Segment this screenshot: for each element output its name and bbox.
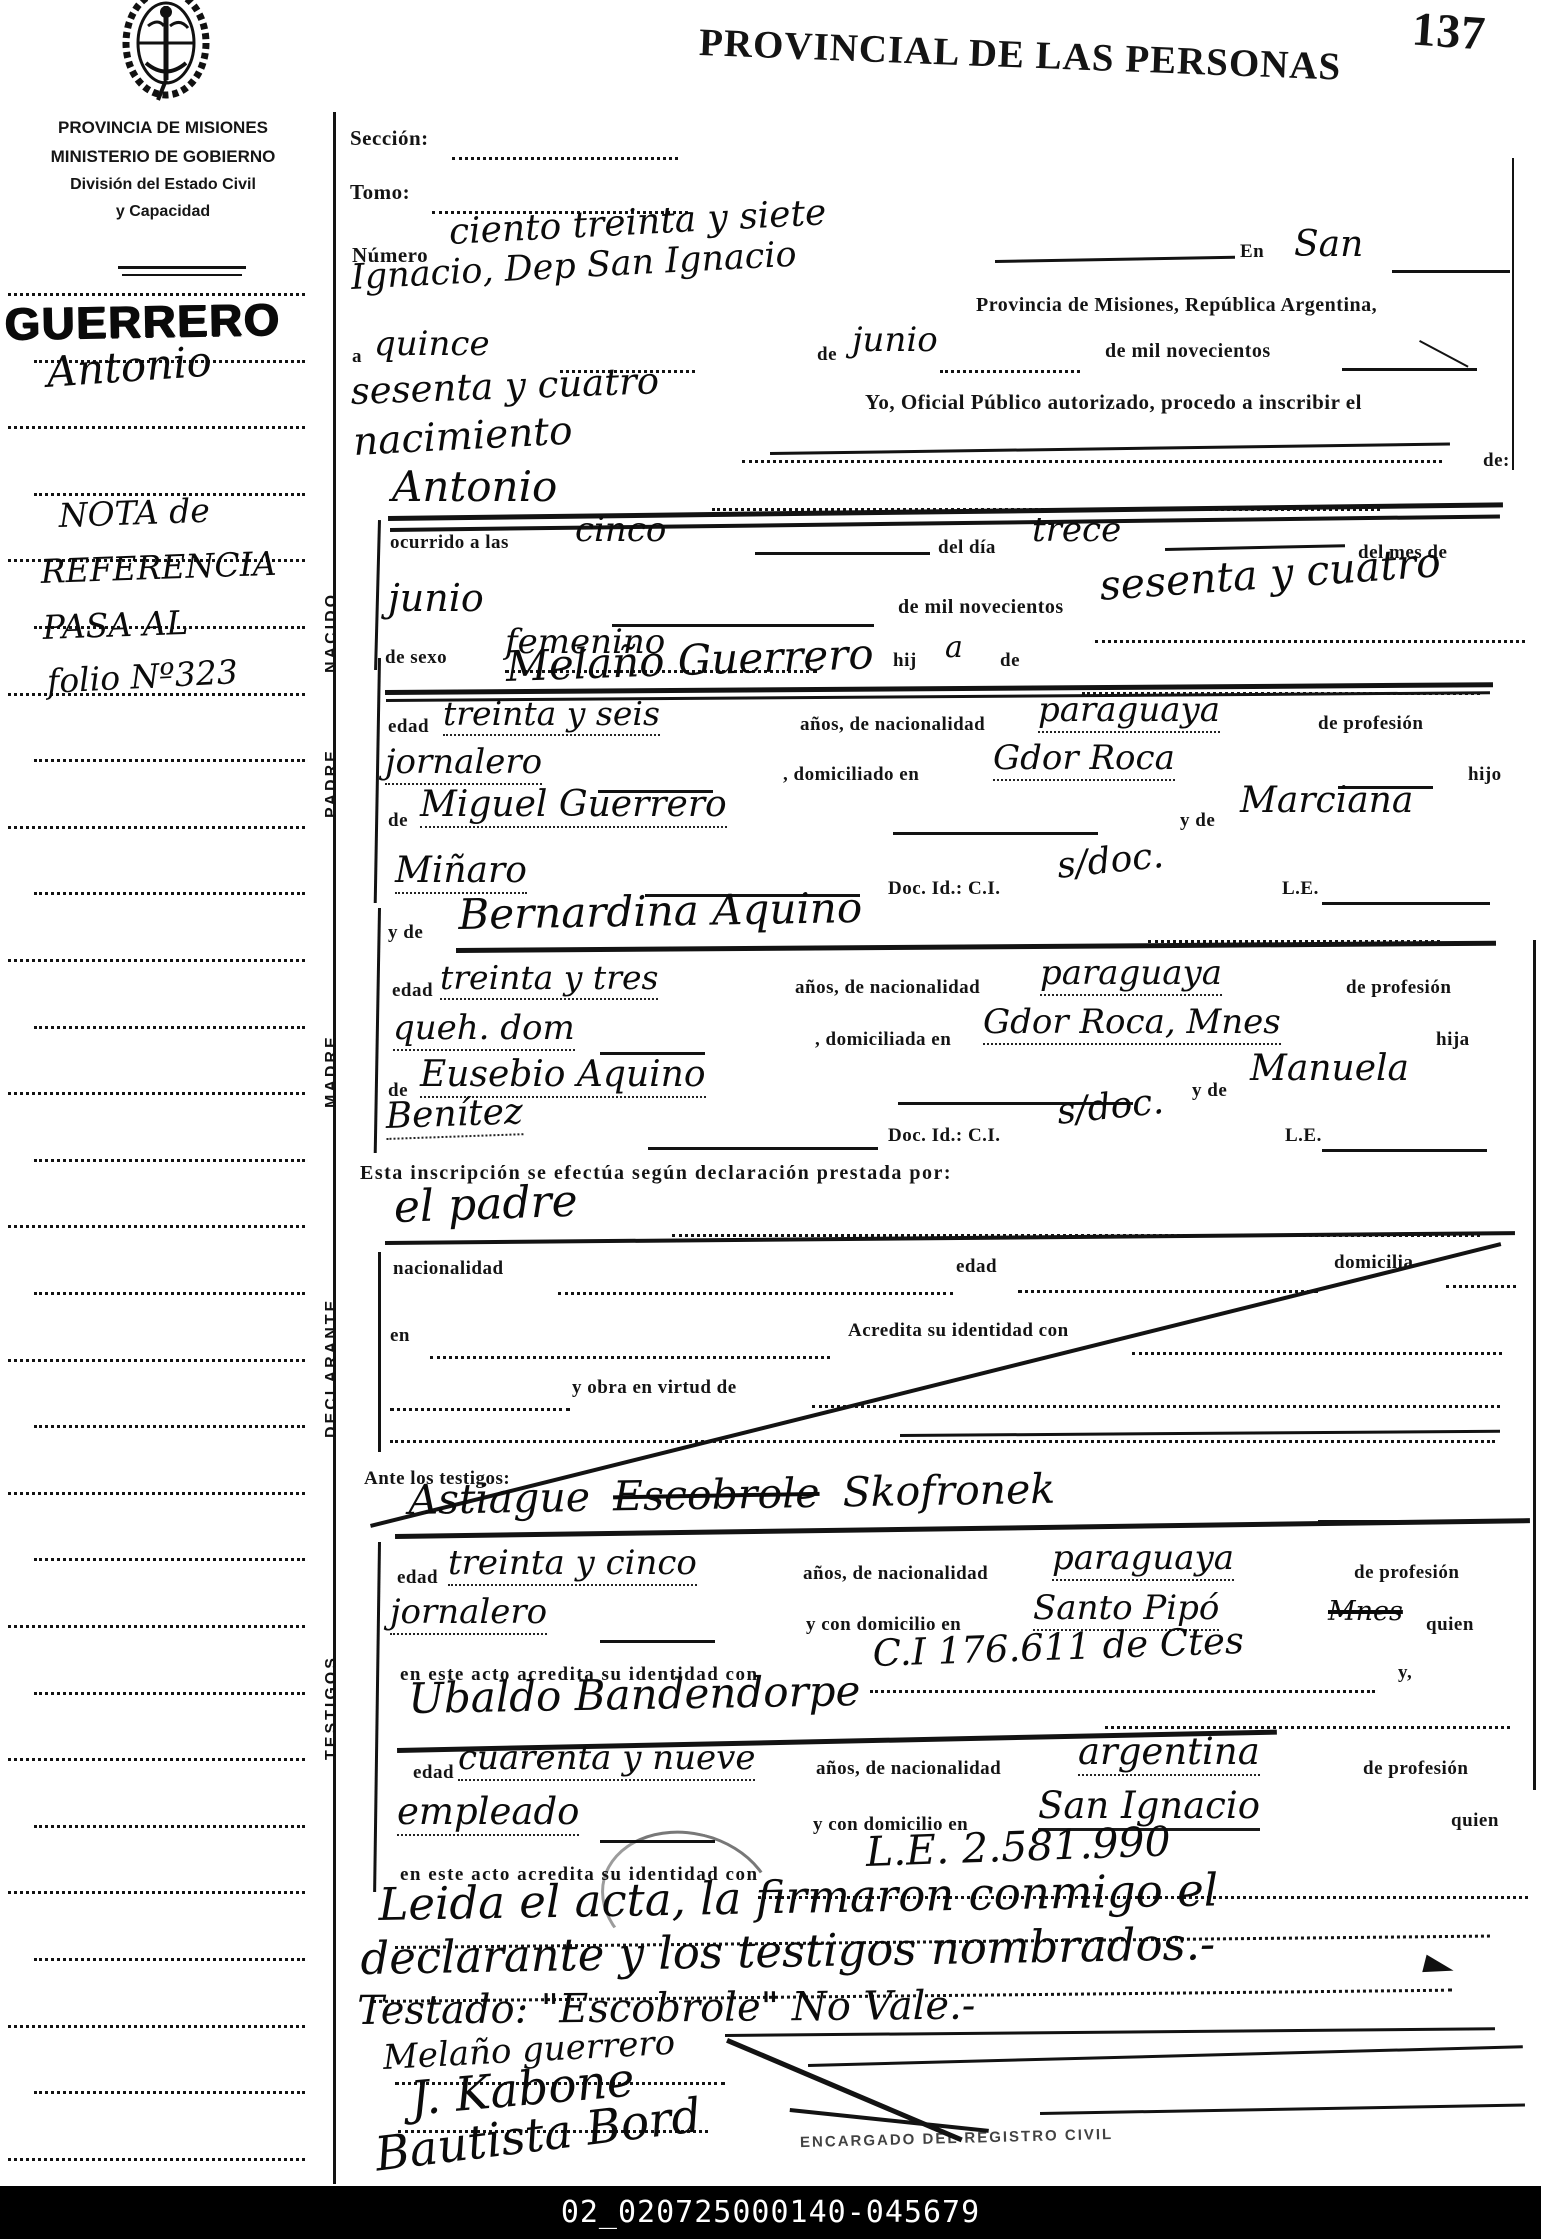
margin-ruled-line (34, 1292, 305, 1295)
fill-line (1095, 640, 1525, 643)
w2-profesion-label: de profesión (1363, 1758, 1468, 1780)
heavy-rule (395, 1518, 1530, 1539)
padre-nacionalidad-value: paraguaya (1038, 690, 1220, 733)
year-value: sesenta y cuatro (350, 359, 660, 413)
margin-ruled-line (34, 1026, 305, 1029)
sexo-label: de sexo (385, 647, 447, 669)
birth-month-value: junio (388, 576, 484, 620)
birth-day-value: trece (1032, 510, 1121, 550)
padre-doc-label: Doc. Id.: C.I. (888, 878, 1001, 900)
margin-ruled-line (34, 1692, 305, 1695)
de-label: de (817, 344, 837, 366)
madre-profesion-label: de profesión (1346, 977, 1451, 999)
section-bracket (374, 908, 381, 1153)
margin-separator-rule (333, 112, 336, 2184)
madre-domicilio-label: , domiciliada en (815, 1029, 951, 1051)
fill-line (648, 1147, 878, 1150)
acredita-label: Acredita su identidad con (848, 1320, 1069, 1342)
padre-abuela-surname-value: Miñaro (395, 850, 527, 894)
declarante-nacionalidad-label: nacionalidad (393, 1258, 504, 1280)
fill-line (808, 2045, 1523, 2067)
madre-abuela-value: Manuela (1250, 1048, 1409, 1089)
madre-domicilio-value: Gdor Roca, Mnes (983, 1002, 1281, 1045)
ocurrido-label: ocurrido a las (390, 532, 509, 554)
fill-line (870, 1690, 1375, 1693)
section-bracket (378, 1252, 381, 1452)
arrow-mark (1422, 1955, 1455, 1980)
oficial-label: Yo, Oficial Público autorizado, procedo … (865, 390, 1362, 415)
mil-novecientos-label: de mil novecientos (898, 596, 1064, 619)
fill-line (1322, 1149, 1487, 1152)
blank-line (390, 1408, 570, 1411)
madre-nacionalidad-label: años, de nacionalidad (795, 977, 980, 999)
witness2-name-value: Ubaldo Bandendorpe (408, 1666, 861, 1723)
witness1-name-value: Astiague Escobrole Skofronek (408, 1465, 1056, 1524)
right-edge-rule (1533, 940, 1536, 1790)
margin-ruled-line (8, 1758, 305, 1761)
office-line: División del Estado Civil (8, 176, 318, 194)
w2-edad-value: cuarenta y nueve (458, 1738, 755, 1781)
madre-edad-label: edad (392, 980, 433, 1002)
double-underline (118, 266, 246, 269)
stray-stroke (1419, 340, 1469, 368)
padre-domicilio-label: , domiciliado en (783, 764, 919, 786)
right-edge-rule (1512, 158, 1514, 470)
reference-note-line: NOTA de (58, 491, 210, 535)
section-label-testigos: TESTIGOS (323, 1655, 341, 1760)
fill-line (995, 256, 1235, 263)
fill-line (770, 443, 1450, 455)
declarante-edad-label: edad (956, 1256, 997, 1278)
scan-code-text: 02_020725000140-045679 (561, 2195, 980, 2230)
mil-novecientos-label: de mil novecientos (1105, 340, 1271, 363)
margin-ruled-line (8, 2158, 305, 2161)
witness1-first-name: Astiague (408, 1473, 590, 1524)
blank-line (1132, 1352, 1502, 1355)
madre-abuelo-value: Eusebio Aquino (420, 1054, 706, 1098)
seccion-label: Sección: (350, 126, 429, 151)
w2-profesion-value: empleado (397, 1790, 579, 1836)
birth-year-value: sesenta y cuatro (1098, 538, 1442, 610)
heavy-rule (456, 941, 1496, 953)
fill-line (1392, 270, 1510, 273)
w1-profesion-label: de profesión (1354, 1562, 1459, 1584)
margin-ruled-line (8, 1359, 305, 1362)
padre-profesion-value: jornalero (385, 742, 542, 785)
w1-y-label: y, (1398, 1662, 1412, 1684)
fill-line (1040, 2104, 1525, 2115)
del-dia-label: del día (938, 537, 996, 559)
w2-edad-label: edad (413, 1762, 454, 1784)
official-signature-stroke (726, 2038, 963, 2142)
margin-ruled-line (34, 2091, 305, 2094)
fill-line (940, 370, 1080, 373)
fill-line (742, 460, 1442, 463)
margin-ruled-line (34, 759, 305, 762)
madre-doc-value: s/doc. (1055, 1081, 1166, 1133)
margin-ruled-line (34, 1958, 305, 1961)
w2-nacionalidad-value: argentina (1078, 1730, 1260, 1776)
padre-abuela-value: Marciana (1240, 780, 1413, 821)
issuing-office-block: PROVINCIA DE MISIONES MINISTERIO DE GOBI… (8, 118, 318, 230)
padre-le-label: L.E. (1282, 878, 1319, 900)
month-value: junio (852, 320, 938, 360)
margin-ruled-line (8, 959, 305, 962)
madre-profesion-value: queh. dom (393, 1008, 575, 1051)
declarante-en-label: en (390, 1325, 410, 1347)
hour-value: cinco (575, 510, 666, 550)
margin-ruled-line (8, 2025, 305, 2028)
blank-line (558, 1292, 953, 1295)
section-bracket (374, 520, 381, 670)
madre-edad-value: treinta y tres (440, 958, 658, 1000)
padre-doc-value: s/doc. (1055, 835, 1166, 887)
padre-nacionalidad-label: años, de nacionalidad (800, 714, 985, 736)
margin-ruled-line (34, 1558, 305, 1561)
padre-de-label: de (388, 810, 408, 832)
en-label: En (1240, 241, 1264, 263)
witness1-surname: Skofronek (842, 1465, 1055, 1517)
page-number: 137 (1410, 2, 1487, 62)
registrar-stamp-text: ENCARGADO DEL REGISTRO CIVIL (800, 2126, 1114, 2151)
fill-line (1342, 368, 1477, 371)
madre-y-de-label: y de (388, 922, 423, 944)
section-label-declarante: DECLARANTE (323, 1298, 341, 1438)
provincia-label: Provincia de Misiones, República Argenti… (976, 294, 1377, 317)
section-bracket (373, 1542, 381, 1892)
margin-ruled-line (8, 1225, 305, 1228)
w1-edad-label: edad (397, 1567, 438, 1589)
madre-doc-label: Doc. Id.: C.I. (888, 1125, 1001, 1147)
fill-line (1322, 902, 1490, 905)
obra-en-virtud-label: y obra en virtud de (572, 1377, 737, 1399)
day-value: quince (374, 324, 490, 364)
blank-line (452, 157, 678, 160)
margin-ruled-line (34, 1425, 305, 1428)
event-value: nacimiento (352, 409, 574, 465)
office-line: y Capacidad (8, 203, 318, 221)
tomo-label: Tomo: (350, 180, 410, 205)
fill-line (600, 1640, 715, 1643)
fill-line (1105, 1726, 1510, 1729)
w1-nacionalidad-label: años, de nacionalidad (803, 1563, 988, 1585)
scan-code-bar: 02_020725000140-045679 (0, 2186, 1541, 2239)
place-value: San (1294, 224, 1363, 265)
padre-domicilio-value: Gdor Roca (993, 738, 1175, 781)
margin-ruled-line (8, 426, 305, 429)
reference-note-line: PASA AL (42, 603, 189, 647)
birth-certificate-page: PROVINCIAL DE LAS PERSONAS 137 PROVINCIA… (0, 0, 1541, 2239)
hij-label: hij (893, 650, 917, 672)
office-line: PROVINCIA DE MISIONES (8, 118, 318, 138)
padre-abuelo-value: Miguel Guerrero (420, 784, 727, 828)
blank-line (1018, 1290, 1318, 1293)
registered-name-value: Antonio (392, 462, 557, 511)
section-bracket (374, 658, 381, 903)
w1-edad-value: treinta y cinco (448, 1543, 697, 1586)
blank-line (1446, 1285, 1516, 1288)
hij-suffix-value: a (945, 630, 963, 665)
fill-line (755, 552, 930, 555)
section-label-padre: PADRE (323, 748, 341, 818)
blank-line (812, 1405, 1500, 1408)
padre-y-de-label: y de (1180, 810, 1215, 832)
w1-quien-label: quien (1426, 1614, 1474, 1636)
madre-le-label: L.E. (1285, 1125, 1322, 1147)
double-underline (122, 274, 242, 276)
declarante-value: el padre (393, 1176, 578, 1233)
madre-nacionalidad-value: paraguaya (1040, 953, 1222, 996)
madre-y-de-label-2: y de (1192, 1080, 1227, 1102)
padre-edad-label: edad (388, 716, 429, 738)
padre-edad-value: treinta y seis (443, 694, 660, 736)
a-label: a (352, 346, 362, 368)
fill-line (893, 832, 1098, 835)
margin-ruled-line (34, 892, 305, 895)
section-label-madre: MADRE (323, 1034, 341, 1108)
hij-de-label: de (1000, 650, 1020, 672)
madre-abuela-surname-value: Benítez (385, 1091, 524, 1140)
blank-line (430, 1356, 830, 1359)
w2-nacionalidad-label: años, de nacionalidad (816, 1758, 1001, 1780)
office-line: MINISTERIO DE GOBIERNO (8, 147, 318, 167)
hijo-label: hijo (1468, 764, 1502, 786)
margin-ruled-line (8, 826, 305, 829)
margin-ruled-line (8, 1492, 305, 1495)
w1-profesion-value: jornalero (390, 1592, 547, 1635)
index-given-name: Antonio (45, 336, 213, 396)
de-colon-label: de: (1483, 450, 1510, 472)
margin-ruled-line (34, 1159, 305, 1162)
w1-domicilio-struck-value: Mnes (1328, 1596, 1403, 1627)
blank-line (390, 1440, 1495, 1443)
margin-ruled-line (8, 1891, 305, 1894)
padre-profesion-label: de profesión (1318, 713, 1423, 735)
fill-line (900, 1430, 1500, 1437)
coat-of-arms-icon (88, 0, 238, 110)
hija-label: hija (1436, 1029, 1470, 1051)
witness1-struck-name: Escobrole (613, 1469, 820, 1521)
w2-quien-label: quien (1451, 1810, 1499, 1832)
w1-nacionalidad-value: paraguaya (1052, 1538, 1234, 1581)
margin-ruled-line (8, 1625, 305, 1628)
margin-ruled-line (34, 1825, 305, 1828)
margin-ruled-line (8, 1092, 305, 1095)
registry-title: PROVINCIAL DE LAS PERSONAS (698, 20, 1342, 90)
section-label-nacido: NACIDO (323, 592, 341, 673)
mother-name-value: Bernardina Aquino (458, 883, 863, 939)
reference-note-line: REFERENCIA (40, 544, 277, 591)
